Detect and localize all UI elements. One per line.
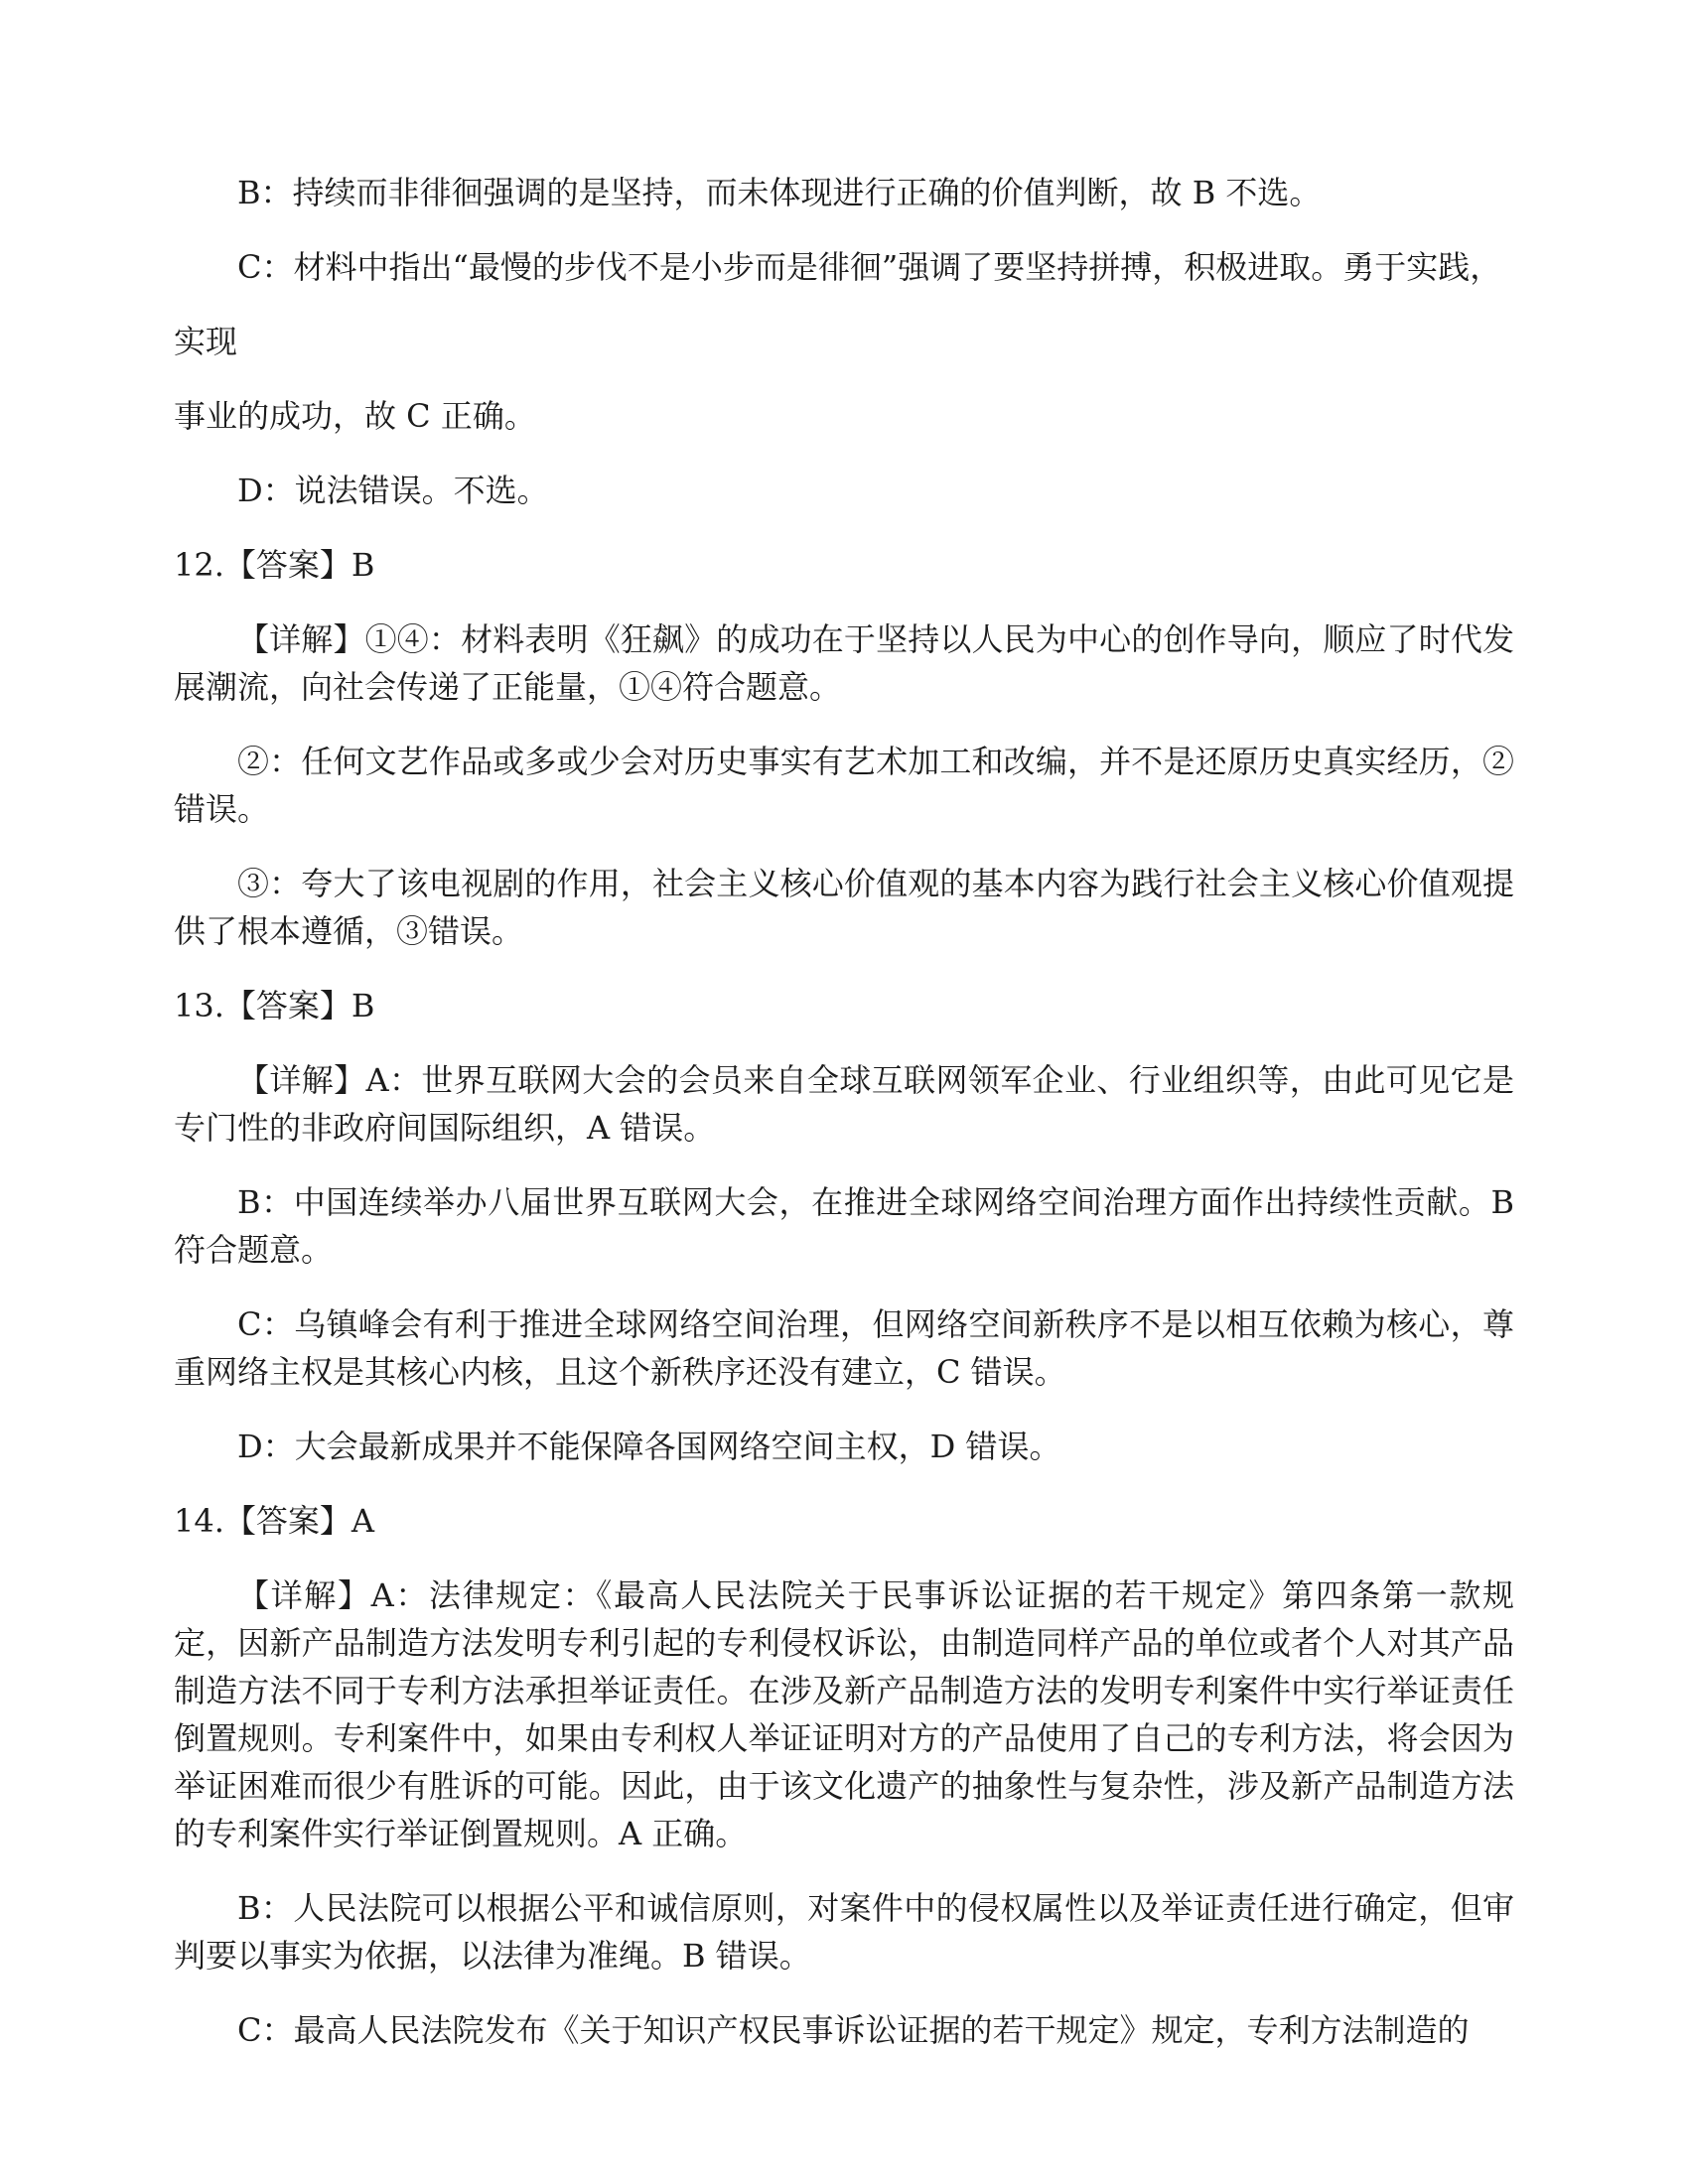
option-explanation-11c: C：材料中指出“最慢的步伐不是小步而是徘徊”强调了要坚持拼搏，积极进取。勇于实践… bbox=[174, 243, 1514, 291]
detail-explanation-13a: 【详解】A：世界互联网大会的会员来自全球互联网领军企业、行业组织等，由此可见它是… bbox=[174, 1056, 1514, 1152]
option-explanation-12-2: ②：任何文艺作品或多或少会对历史事实有艺术加工和改编，并不是还原历史真实经历，②… bbox=[174, 738, 1514, 833]
document-content: B：持续而非徘徊强调的是坚持，而未体现进行正确的价值判断，故 B 不选。 C：材… bbox=[174, 169, 1514, 2081]
option-explanation-13c: C：乌镇峰会有利于推进全球网络空间治理，但网络空间新秩序不是以相互依赖为核心，尊… bbox=[174, 1300, 1514, 1396]
option-explanation-13d: D：大会最新成果并不能保障各国网络空间主权，D 错误。 bbox=[174, 1423, 1514, 1470]
document-page: B：持续而非徘徊强调的是坚持，而未体现进行正确的价值判断，故 B 不选。 C：材… bbox=[0, 0, 1688, 2184]
continuation-line: 实现 bbox=[174, 318, 1514, 365]
option-explanation-11b: B：持续而非徘徊强调的是坚持，而未体现进行正确的价值判断，故 B 不选。 bbox=[174, 169, 1514, 216]
option-explanation-11d: D：说法错误。不选。 bbox=[174, 467, 1514, 514]
continuation-line: 事业的成功，故 C 正确。 bbox=[174, 392, 1514, 440]
answer-heading-13: 13.【答案】B bbox=[174, 982, 1514, 1029]
option-explanation-14c: C：最高人民法院发布《关于知识产权民事诉讼证据的若干规定》规定，专利方法制造的 bbox=[174, 2006, 1514, 2054]
option-explanation-12-3: ③：夸大了该电视剧的作用，社会主义核心价值观的基本内容为践行社会主义核心价值观提… bbox=[174, 860, 1514, 955]
option-explanation-13b: B：中国连续举办八届世界互联网大会，在推进全球网络空间治理方面作出持续性贡献。B… bbox=[174, 1178, 1514, 1274]
answer-heading-12: 12.【答案】B bbox=[174, 541, 1514, 589]
detail-explanation-12: 【详解】①④：材料表明《狂飙》的成功在于坚持以人民为中心的创作导向，顺应了时代发… bbox=[174, 615, 1514, 711]
detail-explanation-14a: 【详解】A：法律规定：《最高人民法院关于民事诉讼证据的若干规定》第四条第一款规定… bbox=[174, 1571, 1514, 1857]
option-explanation-14b: B：人民法院可以根据公平和诚信原则，对案件中的侵权属性以及举证责任进行确定，但审… bbox=[174, 1884, 1514, 1979]
answer-heading-14: 14.【答案】A bbox=[174, 1497, 1514, 1545]
